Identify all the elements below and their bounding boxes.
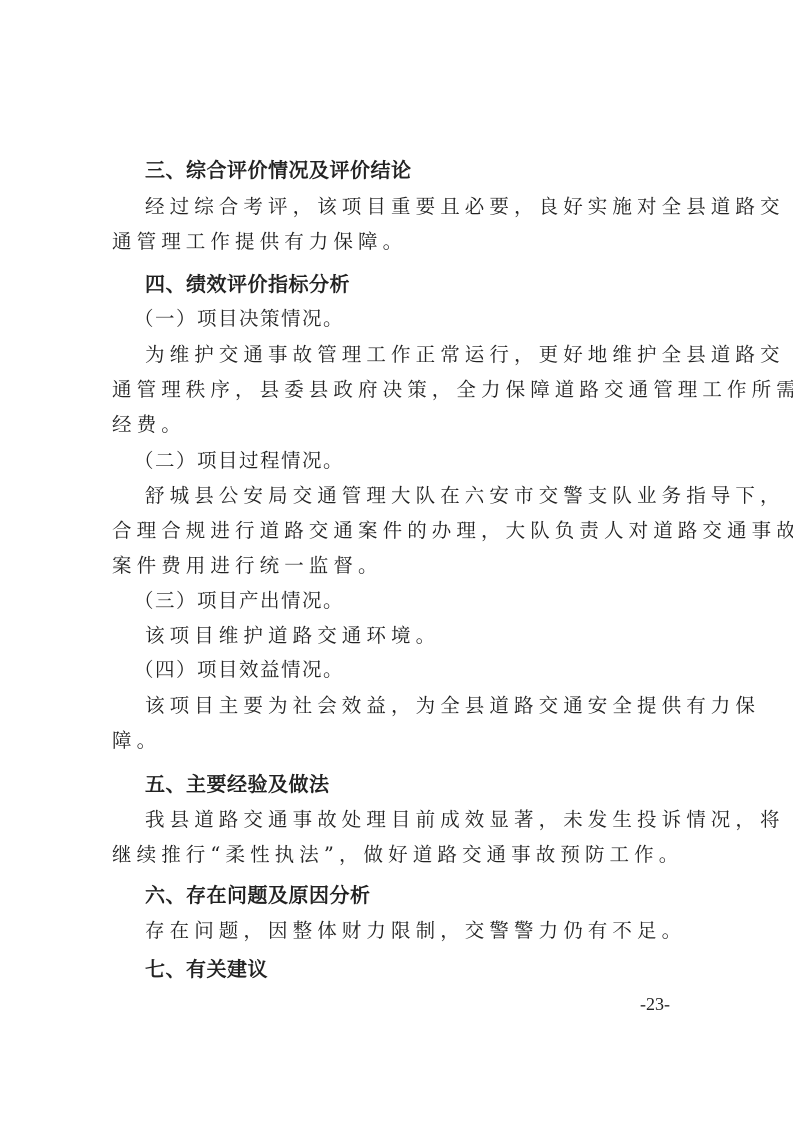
paragraph-line: 合理合规进行道路交通案件的办理，大队负责人对道路交通事故 [112, 519, 692, 543]
subheading-process: （二）项目过程情况。 [112, 449, 714, 473]
heading-section-3: 三、综合评价情况及评价结论 [112, 158, 725, 182]
paragraph-line: 通管理秩序，县委县政府决策，全力保障道路交通管理工作所需 [112, 378, 692, 402]
paragraph-line: 案件费用进行统一监督。 [112, 554, 692, 578]
heading-section-7: 七、有关建议 [112, 957, 725, 981]
paragraph-line: 通管理工作提供有力保障。 [112, 230, 692, 254]
paragraph-line: 该项目维护道路交通环境。 [112, 624, 725, 648]
document-page: 三、综合评价情况及评价结论 经过综合考评，该项目重要且必要，良好实施对全县道路交… [0, 0, 793, 1122]
heading-section-6: 六、存在问题及原因分析 [112, 883, 725, 907]
heading-section-5: 五、主要经验及做法 [112, 772, 725, 796]
paragraph-line: 继续推行“柔性执法”，做好道路交通事故预防工作。 [112, 843, 692, 867]
paragraph-line: 经费。 [112, 413, 692, 437]
paragraph-line: 存在问题，因整体财力限制，交警警力仍有不足。 [112, 919, 725, 943]
page-number: -23- [640, 994, 670, 1015]
heading-section-4: 四、绩效评价指标分析 [112, 272, 725, 296]
paragraph-line: 经过综合考评，该项目重要且必要，良好实施对全县道路交 [112, 195, 725, 219]
subheading-benefit: （四）项目效益情况。 [112, 658, 714, 682]
paragraph-line: 为维护交通事故管理工作正常运行，更好地维护全县道路交 [112, 343, 725, 367]
paragraph-line: 障。 [112, 729, 692, 753]
subheading-output: （三）项目产出情况。 [112, 589, 714, 613]
paragraph-line: 舒城县公安局交通管理大队在六安市交警支队业务指导下， [112, 484, 725, 508]
paragraph-line: 该项目主要为社会效益，为全县道路交通安全提供有力保 [112, 694, 725, 718]
paragraph-line: 我县道路交通事故处理目前成效显著，未发生投诉情况，将 [112, 808, 725, 832]
subheading-decision: （一）项目决策情况。 [112, 307, 714, 331]
